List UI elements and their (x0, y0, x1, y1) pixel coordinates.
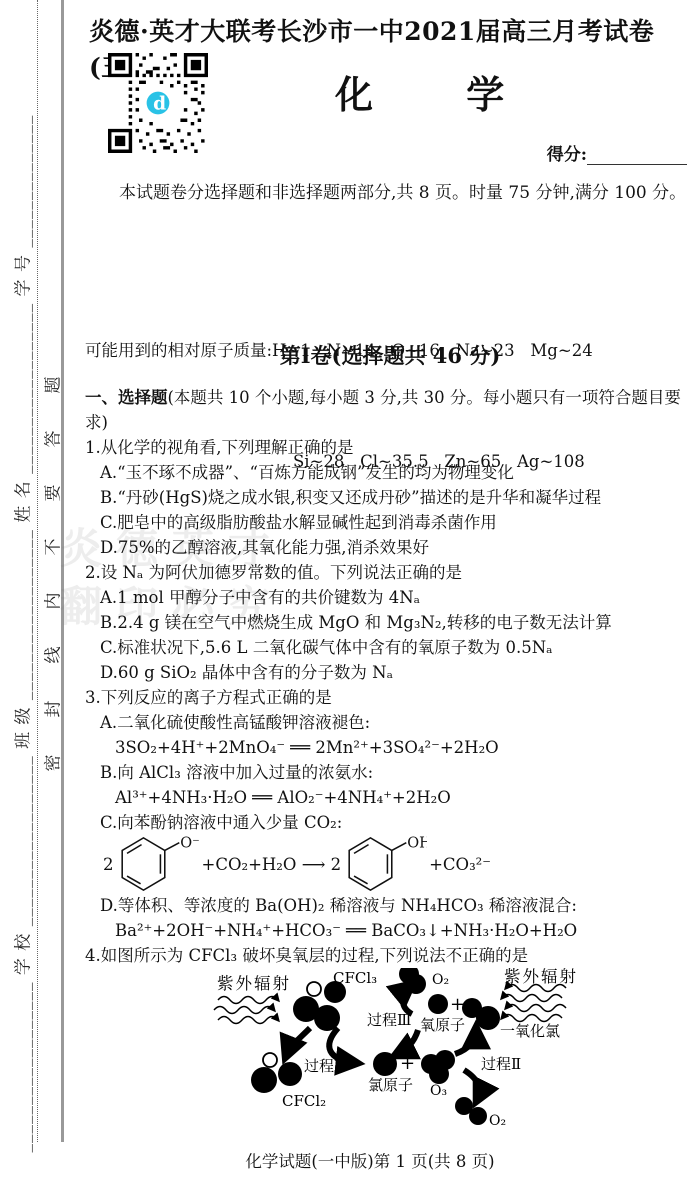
uv-left-waves (214, 997, 278, 1024)
carbonate-product: +CO₃²⁻ (429, 852, 491, 877)
q3-option-a: A.二氧化硫使酸性高锰酸钾溶液褪色: (85, 710, 693, 735)
clo-label: 一氧化氯 (500, 1022, 560, 1040)
margin-rule-line (61, 0, 64, 1142)
q4-stem: 4.如图所示为 CFCl₃ 破坏臭氧层的过程,下列说法不正确的是 (85, 943, 693, 968)
exam-page: 炎德·英才大联考长沙市一中2021届高三月考试卷(五) d 化 学 得分: 本试… (85, 0, 695, 1190)
q1-option-b: B.“丹砂(HgS)烧之成水银,积变又还成丹砂”描述的是升华和凝华过程 (85, 485, 693, 510)
questions-area: 一、选择题(本题共 10 个小题,每小题 3 分,共 30 分。每小题只有一项符… (85, 385, 693, 1143)
uv-right-waves (502, 985, 566, 1022)
chlorine-atom (373, 1052, 397, 1076)
phenolate-coefficient: 2 (103, 852, 114, 877)
process3-label: 过程Ⅲ (367, 1011, 411, 1029)
phenol-equation-middle: +CO₂+H₂O ⟶ 2 (202, 852, 342, 877)
ozone-depletion-diagram: 紫外辐射 CFCl₃ (192, 968, 592, 1136)
seal-line-text: 密封线内不要答题 (39, 172, 64, 772)
clo-molecule (462, 998, 500, 1030)
q2-option-b: B.2.4 g 镁在空气中燃烧生成 MgO 和 Mg₃N₂,转移的电子数无法计算 (85, 610, 693, 635)
q3-option-d: D.等体积、等浓度的 Ba(OH)₂ 稀溶液与 NH₄HCO₃ 稀溶液混合: (85, 893, 693, 918)
o3-molecule (421, 1050, 455, 1084)
cfcl3-molecule (293, 981, 346, 1031)
instruction-body: (本题共 10 个小题,每小题 3 分,共 30 分。每小题只有一项符合题目要求… (85, 388, 681, 432)
phenol-oh-label: OH (407, 836, 427, 852)
process3-arrow (403, 985, 412, 1014)
process1-label: 过程Ⅰ (304, 1057, 340, 1075)
cfcl2-label: CFCl₂ (282, 1092, 326, 1110)
q2-option-c: C.标准状况下,5.6 L 二氧化碳气体中含有的氧原子数为 0.5Nₐ (85, 635, 693, 660)
cfcl3-to-cfcl2-arrow (286, 1028, 310, 1056)
q3-stem: 3.下列反应的离子方程式正确的是 (85, 685, 693, 710)
oxygen-atom-label: 氧原子 (420, 1016, 465, 1034)
subject-title: 化 学 (335, 64, 504, 119)
section-title: 第Ⅰ卷(选择题共 46 分) (85, 340, 695, 370)
phenol-ring-structure: OH (343, 834, 427, 894)
exam-intro: 本试题卷分选择题和非选择题两部分,共 8 页。时量 75 分钟,满分 100 分… (85, 172, 692, 215)
q2-option-a: A.1 mol 甲醇分子中含有的共价键数为 4Nₐ (85, 585, 693, 610)
page-footer: 化学试题(一中版)第 1 页(共 8 页) (85, 1148, 655, 1172)
q3-option-b: B.向 AlCl₃ 溶液中加入过量的浓氨水: (85, 760, 693, 785)
q2-stem: 2.设 Nₐ 为阿伏加德罗常数的值。下列说法正确的是 (85, 560, 693, 585)
question-4: 4.如图所示为 CFCl₃ 破坏臭氧层的过程,下列说法不正确的是 紫外辐射 (85, 943, 693, 1143)
q3-option-c: C.向苯酚钠溶液中通入少量 CO₂: (85, 810, 693, 835)
o2-bottom-molecule (455, 1097, 487, 1125)
phenolate-oxygen-label: O⁻ (180, 836, 200, 852)
q1-option-a: A.“玉不琢不成器”、“百炼方能成钢”发生的均为物理变化 (85, 460, 693, 485)
q2-option-d: D.60 g SiO₂ 晶体中含有的分子数为 Nₐ (85, 660, 693, 685)
plus-sign-2: + (400, 1053, 415, 1074)
clo-to-o2-arrow (464, 1070, 479, 1100)
question-3: 3.下列反应的离子方程式正确的是 A.二氧化硫使酸性高锰酸钾溶液褪色: 3SO₂… (85, 685, 693, 943)
cfcl2-molecule (251, 1053, 302, 1093)
o3-label: O₃ (430, 1083, 447, 1099)
selection-instruction: 一、选择题(本题共 10 个小题,每小题 3 分,共 30 分。每小题只有一项符… (85, 385, 693, 435)
uv-left-label: 紫外辐射 (217, 974, 291, 993)
o2-bottom-label: O₂ (489, 1113, 506, 1129)
q3-equation-b: Al³⁺+4NH₃·H₂O ══ AlO₂⁻+4NH₄⁺+2H₂O (85, 785, 693, 810)
q1-option-c: C.肥皂中的高级脂肪酸盐水解显碱性起到消毒杀菌作用 (85, 510, 693, 535)
process2-label: 过程Ⅱ (481, 1055, 521, 1073)
student-info-fields: __________________ 学 校 _________________… (9, 3, 34, 1153)
oxygen-to-cl-arrow (396, 1030, 418, 1055)
q1-stem: 1.从化学的视角看,下列理解正确的是 (85, 435, 693, 460)
uv-right-label: 紫外辐射 (504, 968, 578, 986)
score-field: 得分: (547, 140, 687, 165)
qr-logo-letter: d (153, 94, 166, 115)
q3-equation-a: 3SO₂+4H⁺+2MnO₄⁻ ══ 2Mn²⁺+3SO₄²⁻+2H₂O (85, 735, 693, 760)
q3-equation-d: Ba²⁺+2OH⁻+NH₄⁺+HCO₃⁻ ══ BaCO₃↓+NH₃·H₂O+H… (85, 918, 693, 943)
q1-option-d: D.75%的乙醇溶液,其氧化能力强,消杀效果好 (85, 535, 693, 560)
instruction-lead: 一、选择题 (85, 388, 168, 407)
chlorine-atom-label: 氯原子 (368, 1076, 413, 1094)
qr-code: d (108, 53, 208, 153)
score-label: 得分: (547, 145, 587, 165)
q3-phenol-equation: 2 O⁻ +CO₂+H₂O ⟶ 2 (85, 835, 693, 893)
phenolate-ring-structure: O⁻ (116, 834, 200, 894)
question-1: 1.从化学的视角看,下列理解正确的是 A.“玉不琢不成器”、“百炼方能成钢”发生… (85, 435, 693, 560)
o2-top-label: O₂ (432, 972, 449, 988)
question-2: 2.设 Nₐ 为阿伏加德罗常数的值。下列说法正确的是 A.1 mol 甲醇分子中… (85, 560, 693, 685)
score-blank (587, 146, 687, 165)
oxygen-atom (428, 994, 448, 1014)
